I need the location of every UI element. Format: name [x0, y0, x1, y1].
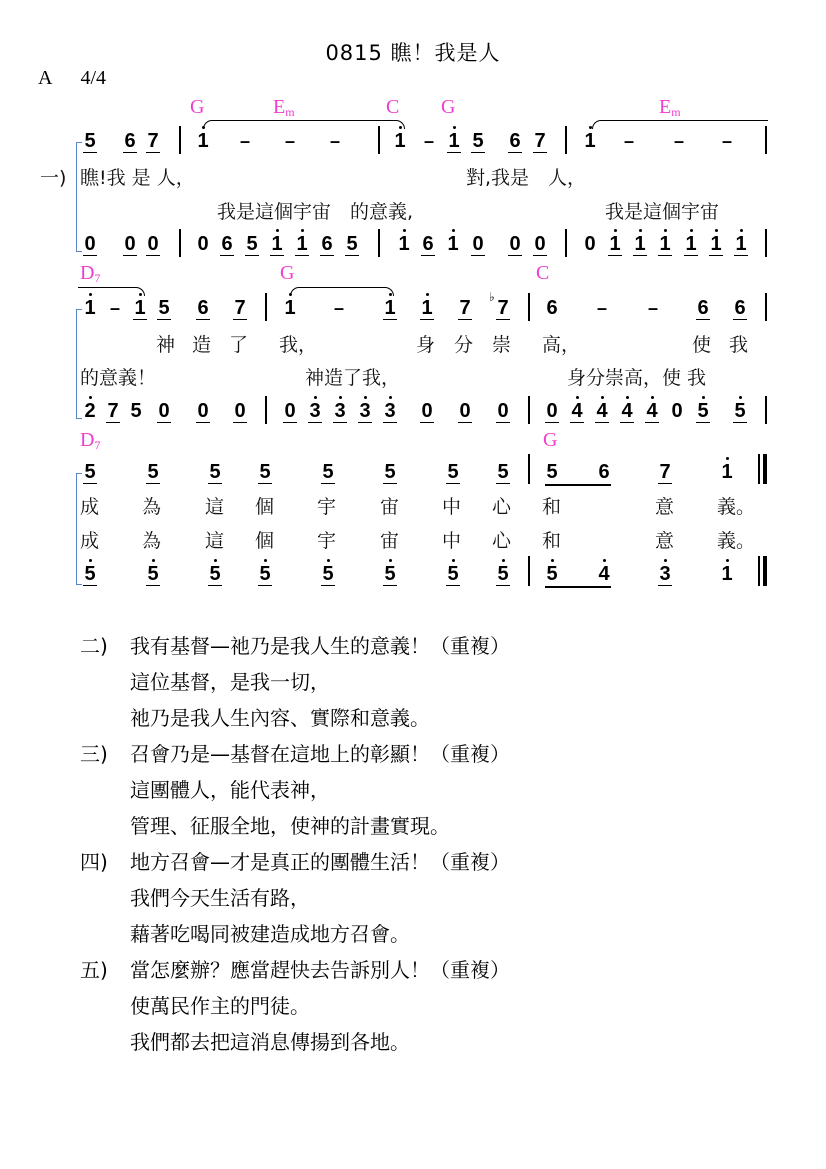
underline [545, 586, 611, 588]
chord-symbol: G [280, 263, 294, 283]
note: 4 [597, 563, 611, 585]
note: 0 [471, 233, 485, 256]
lyric-line: 神造了我， [305, 366, 400, 390]
barline [265, 396, 267, 424]
note: 1 [720, 563, 734, 585]
note: 5 [696, 400, 710, 423]
note: 3 [308, 400, 322, 423]
note: 4 [645, 400, 659, 423]
chord-symbol: D7 [80, 430, 100, 455]
barline [528, 293, 530, 321]
note: 0 [583, 233, 597, 255]
chord-symbol: Em [659, 97, 681, 122]
note: 7 [146, 130, 160, 153]
tie [290, 287, 394, 296]
dash: – [334, 297, 344, 319]
note: 5 [129, 400, 143, 422]
lyric-char: 義。 [717, 529, 755, 553]
barline [378, 126, 380, 154]
barline [378, 229, 380, 257]
note: 7 [496, 297, 510, 320]
verse-line: 祂乃是我人生內容、實際和意義。 [80, 700, 510, 736]
note: 1 [283, 297, 297, 319]
note: 5 [446, 563, 460, 586]
note: 4 [570, 400, 584, 423]
note: 5 [83, 461, 97, 484]
note: 1 [709, 233, 723, 256]
note: 5 [258, 461, 272, 484]
note: 7 [533, 130, 547, 153]
note: 1 [270, 233, 284, 256]
note: 1 [196, 130, 210, 152]
note: 0 [533, 233, 547, 256]
verse-line: 我有基督—祂乃是我人生的意義！（重複） [130, 634, 510, 658]
barline [765, 293, 767, 321]
note: 4 [595, 400, 609, 423]
lyric-char: 分 [454, 333, 473, 357]
note: 1 [133, 297, 147, 320]
note: 1 [295, 233, 309, 256]
song-title: 0815 瞧！我是人 [0, 37, 826, 67]
lyric-char: 造 [192, 333, 211, 357]
verse-2: 二)我有基督—祂乃是我人生的意義！（重複） 這位基督，是我一切， 祂乃是我人生內… [80, 628, 510, 736]
final-barline-thick [763, 454, 767, 484]
part-bracket [76, 309, 82, 419]
note: 5 [208, 563, 222, 586]
note: 0 [670, 400, 684, 422]
note: 0 [545, 400, 559, 423]
note: 0 [233, 400, 247, 423]
final-barline-thin [758, 556, 760, 586]
barline [765, 396, 767, 424]
verse-5: 五)當怎麼辦？應當趕快去告訴別人！（重複） 使萬民作主的門徒。 我們都去把這消息… [80, 952, 510, 1060]
lyric-line: 我是這個宇宙 [605, 200, 719, 224]
note: 3 [333, 400, 347, 423]
barline [179, 229, 181, 257]
barline [528, 396, 530, 424]
note: 5 [446, 461, 460, 484]
note: 1 [83, 297, 97, 319]
chord-symbol: D7 [80, 263, 100, 288]
verse-number: 三) [80, 736, 130, 772]
note: 3 [658, 563, 672, 586]
lyric-char: 我 [729, 333, 748, 357]
note: 0 [196, 400, 210, 423]
chord-symbol: C [536, 263, 549, 283]
lyric-char: 使 [692, 333, 711, 357]
note: 1 [397, 233, 411, 255]
dash: – [722, 130, 732, 152]
note: 5 [545, 461, 559, 483]
barline [179, 126, 181, 154]
note: 0 [196, 233, 210, 255]
dash: – [624, 130, 634, 152]
verse-line: 管理、征服全地，使神的計畫實現。 [80, 808, 510, 844]
part-bracket [76, 142, 82, 252]
note: 1 [583, 130, 597, 152]
dash: – [330, 130, 340, 152]
barline [565, 126, 567, 154]
note: 5 [496, 563, 510, 586]
note: 0 [496, 400, 510, 423]
lyric-char: 宇 [317, 529, 336, 553]
note: 2 [83, 400, 97, 422]
dash: – [597, 297, 607, 319]
dash: – [285, 130, 295, 152]
note: 5 [258, 563, 272, 586]
lyric-char: 心 [492, 495, 511, 519]
verse-number: 四) [80, 844, 130, 880]
lyric-line: 對,我是 人， [466, 166, 586, 190]
dash: – [648, 297, 658, 319]
lyric-char: 宙 [380, 529, 399, 553]
note: 0 [420, 400, 434, 423]
verse-line: 這位基督，是我一切， [80, 664, 510, 700]
note: 0 [283, 400, 297, 423]
note: 5 [146, 563, 160, 586]
note: 5 [208, 461, 222, 484]
note: 1 [447, 130, 461, 153]
note: 6 [733, 297, 747, 320]
note: 1 [446, 233, 460, 255]
lyric-line: 我是這個宇宙 的意義, [217, 200, 413, 224]
note: 7 [233, 297, 247, 320]
note: 1 [608, 233, 622, 256]
note: 5 [345, 233, 359, 256]
note: 6 [597, 461, 611, 483]
lyric-char: 個 [255, 495, 274, 519]
note: 0 [458, 400, 472, 423]
note: 7 [658, 461, 672, 484]
note: 6 [196, 297, 210, 320]
lyric-char: 成 [80, 529, 99, 553]
verse-line: 這團體人，能代表神， [80, 772, 510, 808]
note: 5 [733, 400, 747, 423]
verse-line: 我們今天生活有路， [80, 880, 510, 916]
lyric-char: 為 [142, 529, 161, 553]
chord-symbol: Em [273, 97, 295, 122]
dash: – [424, 130, 434, 152]
lyric-char: 為 [142, 495, 161, 519]
note: 5 [245, 233, 259, 256]
dash: – [240, 130, 250, 152]
tie [203, 120, 405, 129]
note: 1 [658, 233, 672, 256]
key-label: A [38, 67, 52, 89]
lyric-char: 中 [442, 495, 461, 519]
lyric-char: 高， [542, 333, 580, 357]
note: 5 [471, 130, 485, 153]
note: 5 [545, 563, 559, 585]
additional-verses: 二)我有基督—祂乃是我人生的意義！（重複） 這位基督，是我一切， 祂乃是我人生內… [80, 628, 510, 1060]
verse-4: 四)地方召會—才是真正的團體生活！（重複） 我們今天生活有路， 藉著吃喝同被建造… [80, 844, 510, 952]
lyric-char: 了 [229, 333, 248, 357]
lyric-char: 義。 [717, 495, 755, 519]
note: 1 [633, 233, 647, 256]
note: 5 [146, 461, 160, 484]
note: 6 [508, 130, 522, 153]
barline [528, 454, 530, 484]
final-barline-thin [758, 454, 760, 484]
note: 5 [321, 461, 335, 484]
chord-symbol: G [441, 97, 455, 117]
note: 3 [358, 400, 372, 423]
verse-line: 召會乃是—基督在這地上的彰顯！（重複） [130, 742, 510, 766]
chord-symbol: G [190, 97, 204, 117]
lyric-line: 身分崇高，使 我 [567, 366, 706, 390]
verse-number: 五) [80, 952, 130, 988]
lyric-char: 和 [542, 529, 561, 553]
lyric-char: 我， [279, 333, 317, 357]
note: 7 [458, 297, 472, 320]
note: 3 [383, 400, 397, 423]
note: 0 [123, 233, 137, 256]
dash: – [674, 130, 684, 152]
note: 5 [383, 461, 397, 484]
final-barline-thick [763, 556, 767, 586]
note: 0 [146, 233, 160, 256]
note: 6 [545, 297, 559, 319]
tie [592, 120, 768, 129]
verse-line: 我們都去把這消息傳揚到各地。 [80, 1024, 510, 1060]
lyric-char: 宙 [380, 495, 399, 519]
verse-number: 一) [40, 166, 66, 190]
note: 6 [220, 233, 234, 256]
lyric-char: 宇 [317, 495, 336, 519]
note: 6 [320, 233, 334, 256]
lyric-char: 這 [205, 529, 224, 553]
time-signature: 4/4 [80, 67, 106, 89]
key-signature: A4/4 [38, 67, 134, 90]
lyric-char: 中 [442, 529, 461, 553]
verse-line: 使萬民作主的門徒。 [80, 988, 510, 1024]
note: 1 [684, 233, 698, 256]
note: 1 [383, 297, 397, 320]
note: 6 [421, 233, 435, 256]
lyric-char: 神 [156, 333, 175, 357]
lyric-line: 瞧!我 是 人， [80, 166, 195, 190]
lyric-char: 個 [255, 529, 274, 553]
lyric-char: 崇 [492, 333, 511, 357]
note: 5 [83, 130, 97, 153]
note: 5 [157, 297, 171, 320]
barline [265, 293, 267, 321]
note: 1 [393, 130, 407, 152]
lyric-char: 成 [80, 495, 99, 519]
lyric-char: 和 [542, 495, 561, 519]
lyric-char: 這 [205, 495, 224, 519]
barline [528, 556, 530, 586]
note: 7 [106, 400, 120, 423]
note: 0 [508, 233, 522, 256]
note: 4 [620, 400, 634, 423]
verse-number: 二) [80, 628, 130, 664]
note: 1 [720, 461, 734, 483]
lyric-char: 身 [416, 333, 435, 357]
lyric-line: 的意義！ [80, 366, 156, 390]
flat-sign: ♭ [489, 290, 495, 304]
note: 5 [383, 563, 397, 586]
verse-line: 當怎麼辦？應當趕快去告訴別人！（重複） [130, 958, 510, 982]
note: 5 [496, 461, 510, 484]
note: 0 [157, 400, 171, 423]
note: 0 [83, 233, 97, 256]
note: 1 [420, 297, 434, 320]
lyric-char: 意 [655, 495, 674, 519]
barline [765, 126, 767, 154]
chord-symbol: G [543, 430, 557, 450]
note: 5 [321, 563, 335, 586]
note: 6 [123, 130, 137, 153]
verse-3: 三)召會乃是—基督在這地上的彰顯！（重複） 這團體人，能代表神， 管理、征服全地… [80, 736, 510, 844]
lyric-char: 意 [655, 529, 674, 553]
chord-symbol: C [386, 97, 399, 117]
underline [545, 484, 611, 486]
note: 6 [696, 297, 710, 320]
barline [565, 229, 567, 257]
verse-line: 地方召會—才是真正的團體生活！（重複） [130, 850, 510, 874]
verse-line: 藉著吃喝同被建造成地方召會。 [80, 916, 510, 952]
dash: – [110, 297, 120, 319]
lyric-char: 心 [492, 529, 511, 553]
barline [765, 229, 767, 257]
note: 5 [83, 563, 97, 586]
note: 1 [734, 233, 748, 256]
